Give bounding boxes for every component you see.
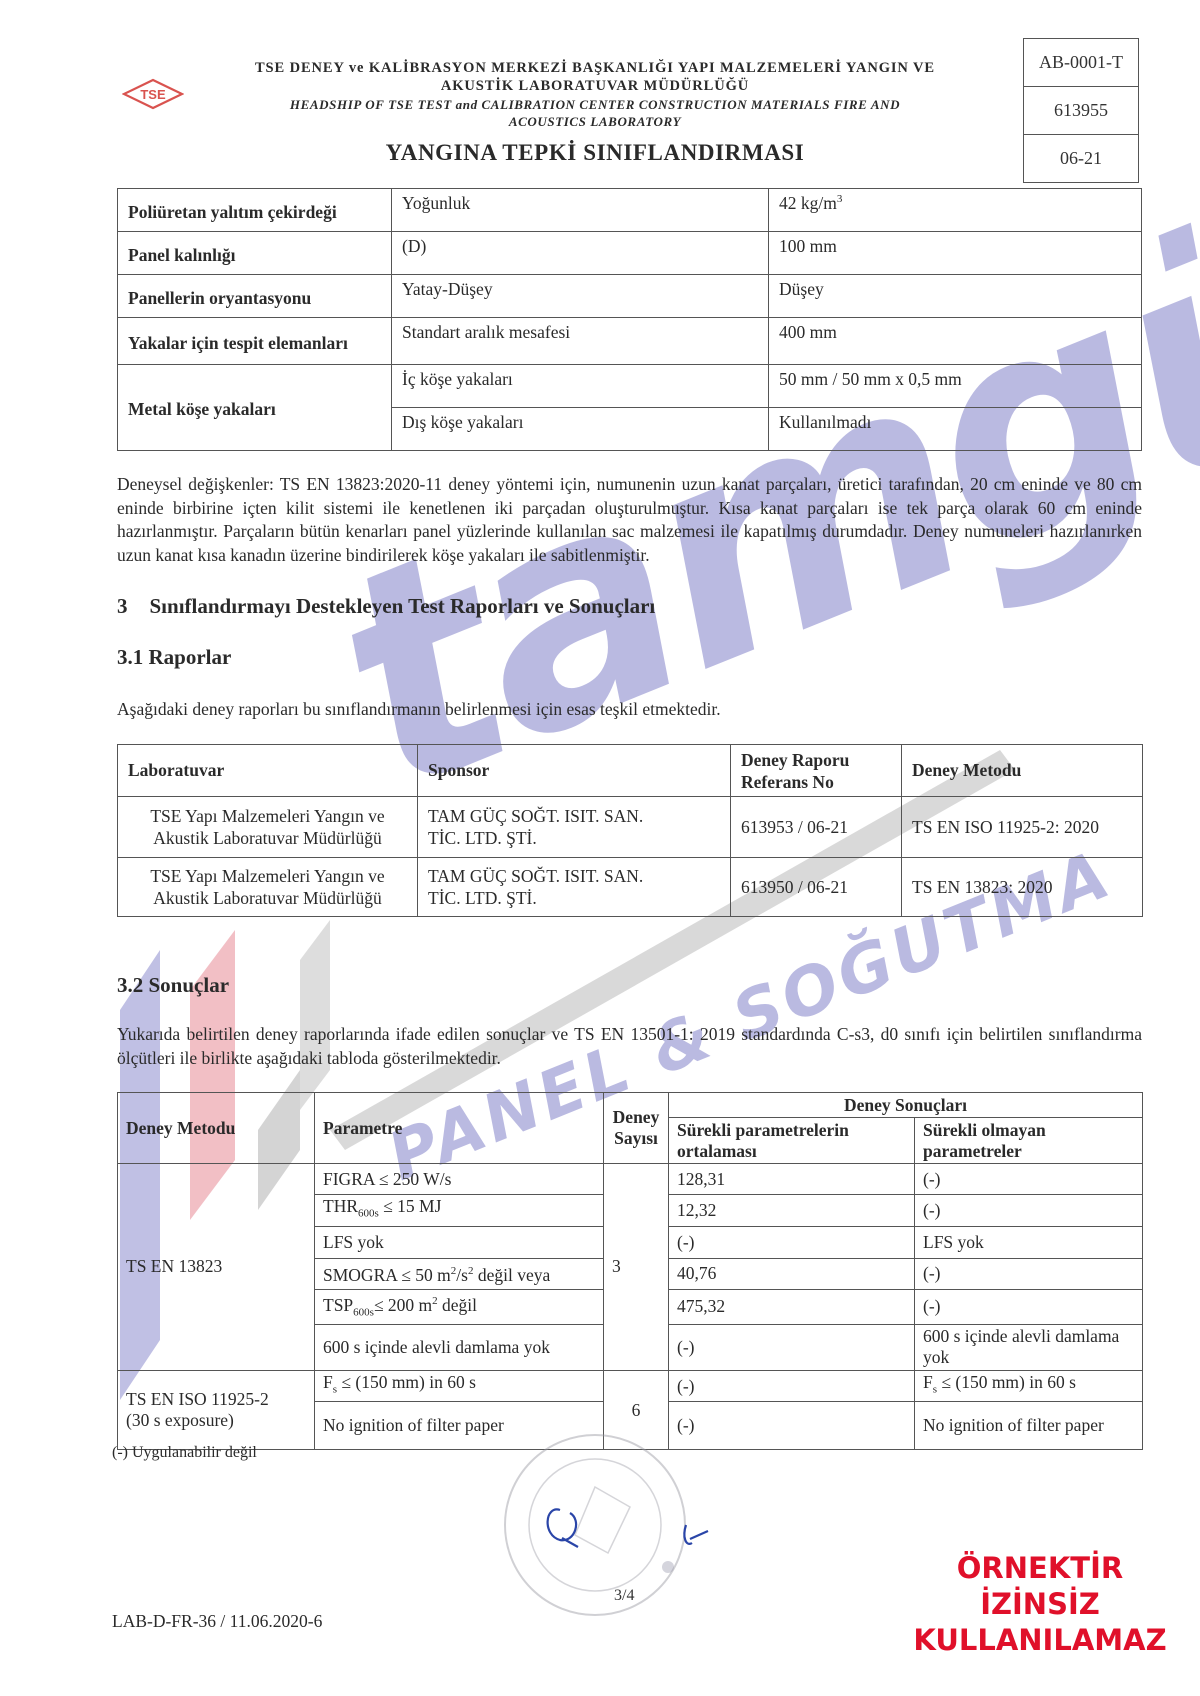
cell-parameter: SMOGRA ≤ 50 m2/s2 değil veya [315, 1258, 604, 1289]
row-label: Yakalar için tespit elemanları [118, 318, 392, 365]
table-row: Panel kalınlığı (D) 100 mm [118, 232, 1142, 275]
row-property: Yatay-Düşey [392, 275, 769, 318]
cell-ref: 613953 / 06-21 [731, 797, 902, 858]
table-row: TS EN 13823 FIGRA ≤ 250 W/s 3 128,31 (-) [118, 1164, 1143, 1195]
row-value: 400 mm [769, 318, 1142, 365]
table-footnote: (-) Uygulanabilir değil [112, 1444, 257, 1462]
col-header-non-continuous: Sürekli olmayan parametreler [915, 1118, 1143, 1164]
cell-method: TS EN 13823 [118, 1164, 315, 1371]
col-header-method: Deney Metodu [118, 1093, 315, 1164]
section-3-1-heading: 3.1 Raporlar [117, 645, 231, 670]
reports-table: Laboratuvar Sponsor Deney Raporu Referan… [117, 744, 1143, 917]
cell-method: TS EN ISO 11925-2(30 s exposure) [118, 1370, 315, 1450]
col-header-ref: Deney Raporu Referans No [731, 745, 902, 797]
cell-continuous: 40,76 [669, 1258, 915, 1289]
cell-continuous: (-) [669, 1370, 915, 1402]
sample-warning-line-3: KULLANILAMAZ [860, 1624, 1200, 1657]
row-label: Panel kalınlığı [118, 232, 392, 275]
col-header-sponsor: Sponsor [418, 745, 731, 797]
cell-parameter: LFS yok [315, 1226, 604, 1258]
row-label: Poliüretan yalıtım çekirdeği [118, 189, 392, 232]
row-label: Panellerin oryantasyonu [118, 275, 392, 318]
cell-method: TS EN ISO 11925-2: 2020 [902, 797, 1143, 858]
cell-ref: 613950 / 06-21 [731, 858, 902, 917]
row-value: Düşey [769, 275, 1142, 318]
cell-non-continuous: LFS yok [915, 1226, 1143, 1258]
row-value: 100 mm [769, 232, 1142, 275]
section-3-1-intro: Aşağıdaki deney raporları bu sınıflandır… [117, 698, 1142, 722]
table-row: Yakalar için tespit elemanları Standart … [118, 318, 1142, 365]
col-header-count: Deney Sayısı [604, 1093, 669, 1164]
row-property: Dış köşe yakaları [392, 408, 769, 451]
cell-non-continuous: No ignition of filter paper [915, 1402, 1143, 1450]
org-name-en: HEADSHIP OF TSE TEST and CALIBRATION CEN… [210, 97, 980, 113]
section-3-2-intro: Yukarıda belirtilen deney raporlarında i… [117, 1023, 1142, 1070]
row-property: İç köşe yakaları [392, 365, 769, 408]
cell-continuous: 12,32 [669, 1195, 915, 1227]
section-3-heading: 3Sınıflandırmayı Destekleyen Test Raporl… [117, 594, 655, 619]
org-name-tr: TSE DENEY ve KALİBRASYON MERKEZİ BAŞKANL… [210, 60, 980, 77]
sample-warning-line-1: ÖRNEKTİR [860, 1552, 1200, 1585]
row-value: 42 kg/m3 [769, 189, 1142, 232]
cell-non-continuous: (-) [915, 1258, 1143, 1289]
row-property: (D) [392, 232, 769, 275]
col-header-parameter: Parametre [315, 1093, 604, 1164]
col-header-results: Deney Sonuçları [669, 1093, 1143, 1118]
cell-continuous: (-) [669, 1226, 915, 1258]
table-row: Poliüretan yalıtım çekirdeği Yoğunluk 42… [118, 189, 1142, 232]
table-row: TSE Yapı Malzemeleri Yangın ve Akustik L… [118, 797, 1143, 858]
cell-non-continuous: Fs ≤ (150 mm) in 60 s [915, 1370, 1143, 1402]
product-properties-table: Poliüretan yalıtım çekirdeği Yoğunluk 42… [117, 188, 1142, 451]
cell-continuous: (-) [669, 1324, 915, 1370]
cell-non-continuous: 600 s içinde alevli damlama yok [915, 1324, 1143, 1370]
svg-text:TSE: TSE [140, 87, 166, 102]
table-header-row: Deney Metodu Parametre Deney Sayısı Dene… [118, 1093, 1143, 1118]
cell-non-continuous: (-) [915, 1195, 1143, 1227]
cell-sponsor: TAM GÜÇ SOĞT. ISIT. SAN.TİC. LTD. ŞTİ. [418, 858, 731, 917]
col-header-method: Deney Metodu [902, 745, 1143, 797]
row-value: Kullanılmadı [769, 408, 1142, 451]
section-3-2-heading: 3.2 Sonuçlar [117, 973, 229, 998]
table-row: Metal köşe yakaları İç köşe yakaları 50 … [118, 365, 1142, 408]
cell-sponsor: TAM GÜÇ SOĞT. ISIT. SAN.TİC. LTD. ŞTİ. [418, 797, 731, 858]
org-name-tr-2: AKUSTİK LABORATUVAR MÜDÜRLÜĞÜ [210, 78, 980, 95]
col-header-continuous: Sürekli parametrelerin ortalaması [669, 1118, 915, 1164]
variables-paragraph: Deneysel değişkenler: TS EN 13823:2020-1… [117, 473, 1142, 567]
report-number: 613955 [1024, 86, 1138, 134]
cell-parameter: THR600s ≤ 15 MJ [315, 1195, 604, 1227]
footer-form-code: LAB-D-FR-36 / 11.06.2020-6 [112, 1611, 322, 1632]
page-title: YANGINA TEPKİ SINIFLANDIRMASI [210, 140, 980, 166]
form-code: AB-0001-T [1024, 39, 1138, 86]
cell-method: TS EN 13823: 2020 [902, 858, 1143, 917]
cell-continuous: 128,31 [669, 1164, 915, 1195]
tse-logo-icon: TSE [122, 78, 184, 110]
results-table: Deney Metodu Parametre Deney Sayısı Dene… [117, 1092, 1143, 1450]
cell-parameter: 600 s içinde alevli damlama yok [315, 1324, 604, 1370]
table-row: TSE Yapı Malzemeleri Yangın ve Akustik L… [118, 858, 1143, 917]
cell-parameter: Fs ≤ (150 mm) in 60 s [315, 1370, 604, 1402]
page-number: 3/4 [614, 1587, 634, 1605]
cell-lab: TSE Yapı Malzemeleri Yangın ve Akustik L… [118, 858, 418, 917]
cell-non-continuous: (-) [915, 1289, 1143, 1324]
cell-parameter: TSP600s≤ 200 m2 değil [315, 1289, 604, 1324]
report-date: 06-21 [1024, 134, 1138, 182]
sample-warning-line-2: İZİNSİZ [860, 1588, 1200, 1621]
official-stamp-icon [490, 1425, 710, 1625]
col-header-lab: Laboratuvar [118, 745, 418, 797]
row-value: 50 mm / 50 mm x 0,5 mm [769, 365, 1142, 408]
cell-continuous: 475,32 [669, 1289, 915, 1324]
table-row: TS EN ISO 11925-2(30 s exposure) Fs ≤ (1… [118, 1370, 1143, 1402]
table-header-row: Laboratuvar Sponsor Deney Raporu Referan… [118, 745, 1143, 797]
document-code-box: AB-0001-T 613955 06-21 [1023, 38, 1139, 183]
row-property: Standart aralık mesafesi [392, 318, 769, 365]
org-name-en-2: ACOUSTICS LABORATORY [210, 114, 980, 130]
cell-parameter: FIGRA ≤ 250 W/s [315, 1164, 604, 1195]
row-label: Metal köşe yakaları [118, 365, 392, 451]
cell-non-continuous: (-) [915, 1164, 1143, 1195]
table-row: Panellerin oryantasyonu Yatay-Düşey Düşe… [118, 275, 1142, 318]
cell-count: 3 [604, 1164, 669, 1371]
row-property: Yoğunluk [392, 189, 769, 232]
cell-lab: TSE Yapı Malzemeleri Yangın ve Akustik L… [118, 797, 418, 858]
